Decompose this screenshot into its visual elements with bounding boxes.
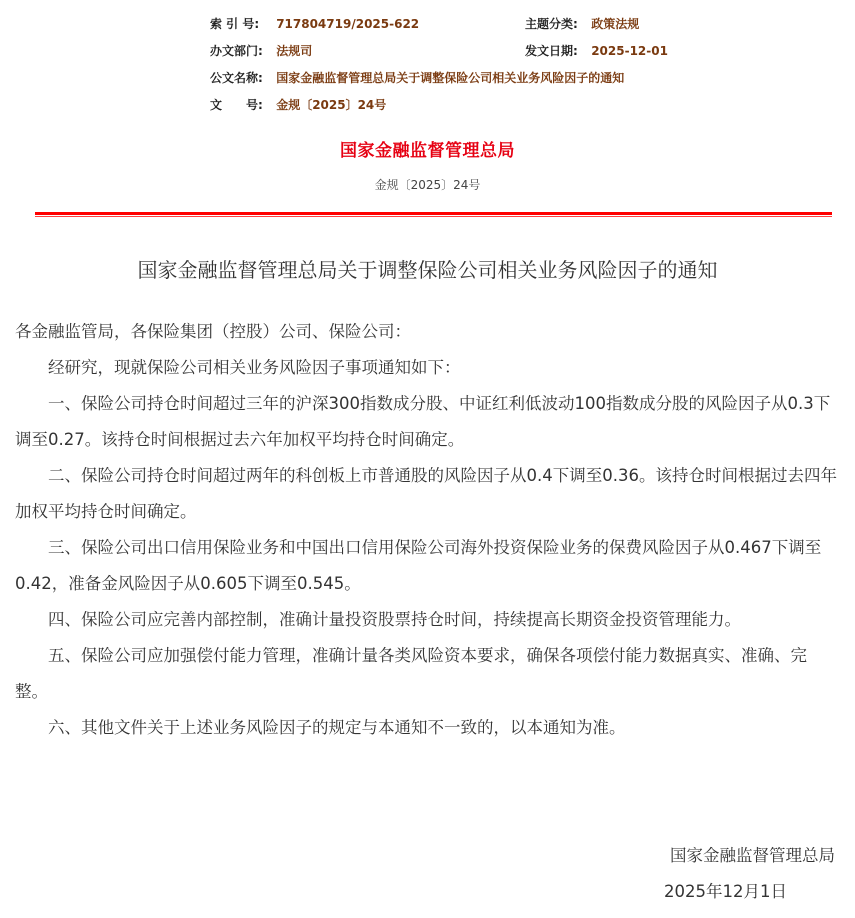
meta-row-1: 索 引 号: 717804719/2025-622 主题分类: 政策法规 <box>210 12 670 39</box>
red-divider <box>35 212 832 215</box>
document-title: 国家金融监督管理总局关于调整保险公司相关业务风险因子的通知 <box>0 254 855 283</box>
header-document-number: 金规〔2025〕24号 <box>0 176 855 193</box>
meta-row-2: 办文部门: 法规司 发文日期: 2025-12-01 <box>210 39 670 66</box>
document-body: 各金融监管局，各保险集团（控股）公司、保险公司： 经研究，现就保险公司相关业务风… <box>15 314 837 746</box>
paragraph-item-2: 二、保险公司持仓时间超过两年的科创板上市普通股的风险因子从0.4下调至0.36。… <box>15 458 837 530</box>
signature-date: 2025年12月1日 <box>664 874 835 910</box>
category-label: 主题分类: <box>525 12 587 36</box>
issuer-heading: 国家金融监督管理总局 <box>0 136 855 161</box>
signature-block: 国家金融监督管理总局 2025年12月1日 <box>664 838 835 910</box>
document-number-value: 金规〔2025〕24号 <box>276 98 386 112</box>
paragraph-intro: 经研究，现就保险公司相关业务风险因子事项通知如下： <box>15 350 837 386</box>
category-value: 政策法规 <box>591 17 639 31</box>
department-value: 法规司 <box>276 44 312 58</box>
meta-row-3: 公文名称: 国家金融监督管理总局关于调整保险公司相关业务风险因子的通知 <box>210 66 670 93</box>
document-number-label: 文 号: <box>210 93 272 117</box>
category-field: 主题分类: 政策法规 <box>525 12 639 36</box>
paragraph-item-5: 五、保险公司应加强偿付能力管理，准确计量各类风险资本要求，确保各项偿付能力数据真… <box>15 638 837 710</box>
paragraph-item-6: 六、其他文件关于上述业务风险因子的规定与本通知不一致的，以本通知为准。 <box>15 710 837 746</box>
issue-date-label: 发文日期: <box>525 39 587 63</box>
issue-date-value: 2025-12-01 <box>591 44 668 58</box>
index-number-label: 索 引 号: <box>210 12 272 36</box>
document-name-value: 国家金融监督管理总局关于调整保险公司相关业务风险因子的通知 <box>276 71 624 85</box>
document-metadata: 索 引 号: 717804719/2025-622 主题分类: 政策法规 办文部… <box>210 12 670 120</box>
department-label: 办文部门: <box>210 39 272 63</box>
signature-issuer: 国家金融监督管理总局 <box>664 838 835 874</box>
meta-row-4: 文 号: 金规〔2025〕24号 <box>210 93 670 120</box>
issue-date-field: 发文日期: 2025-12-01 <box>525 39 668 63</box>
index-number-value: 717804719/2025-622 <box>276 17 419 31</box>
paragraph-item-1: 一、保险公司持仓时间超过三年的沪深300指数成分股、中证红利低波动100指数成分… <box>15 386 837 458</box>
salutation: 各金融监管局，各保险集团（控股）公司、保险公司： <box>15 314 837 350</box>
paragraph-item-4: 四、保险公司应完善内部控制，准确计量投资股票持仓时间，持续提高长期资金投资管理能… <box>15 602 837 638</box>
paragraph-item-3: 三、保险公司出口信用保险业务和中国出口信用保险公司海外投资保险业务的保费风险因子… <box>15 530 837 602</box>
red-divider-thin <box>35 216 832 217</box>
document-name-label: 公文名称: <box>210 66 272 90</box>
